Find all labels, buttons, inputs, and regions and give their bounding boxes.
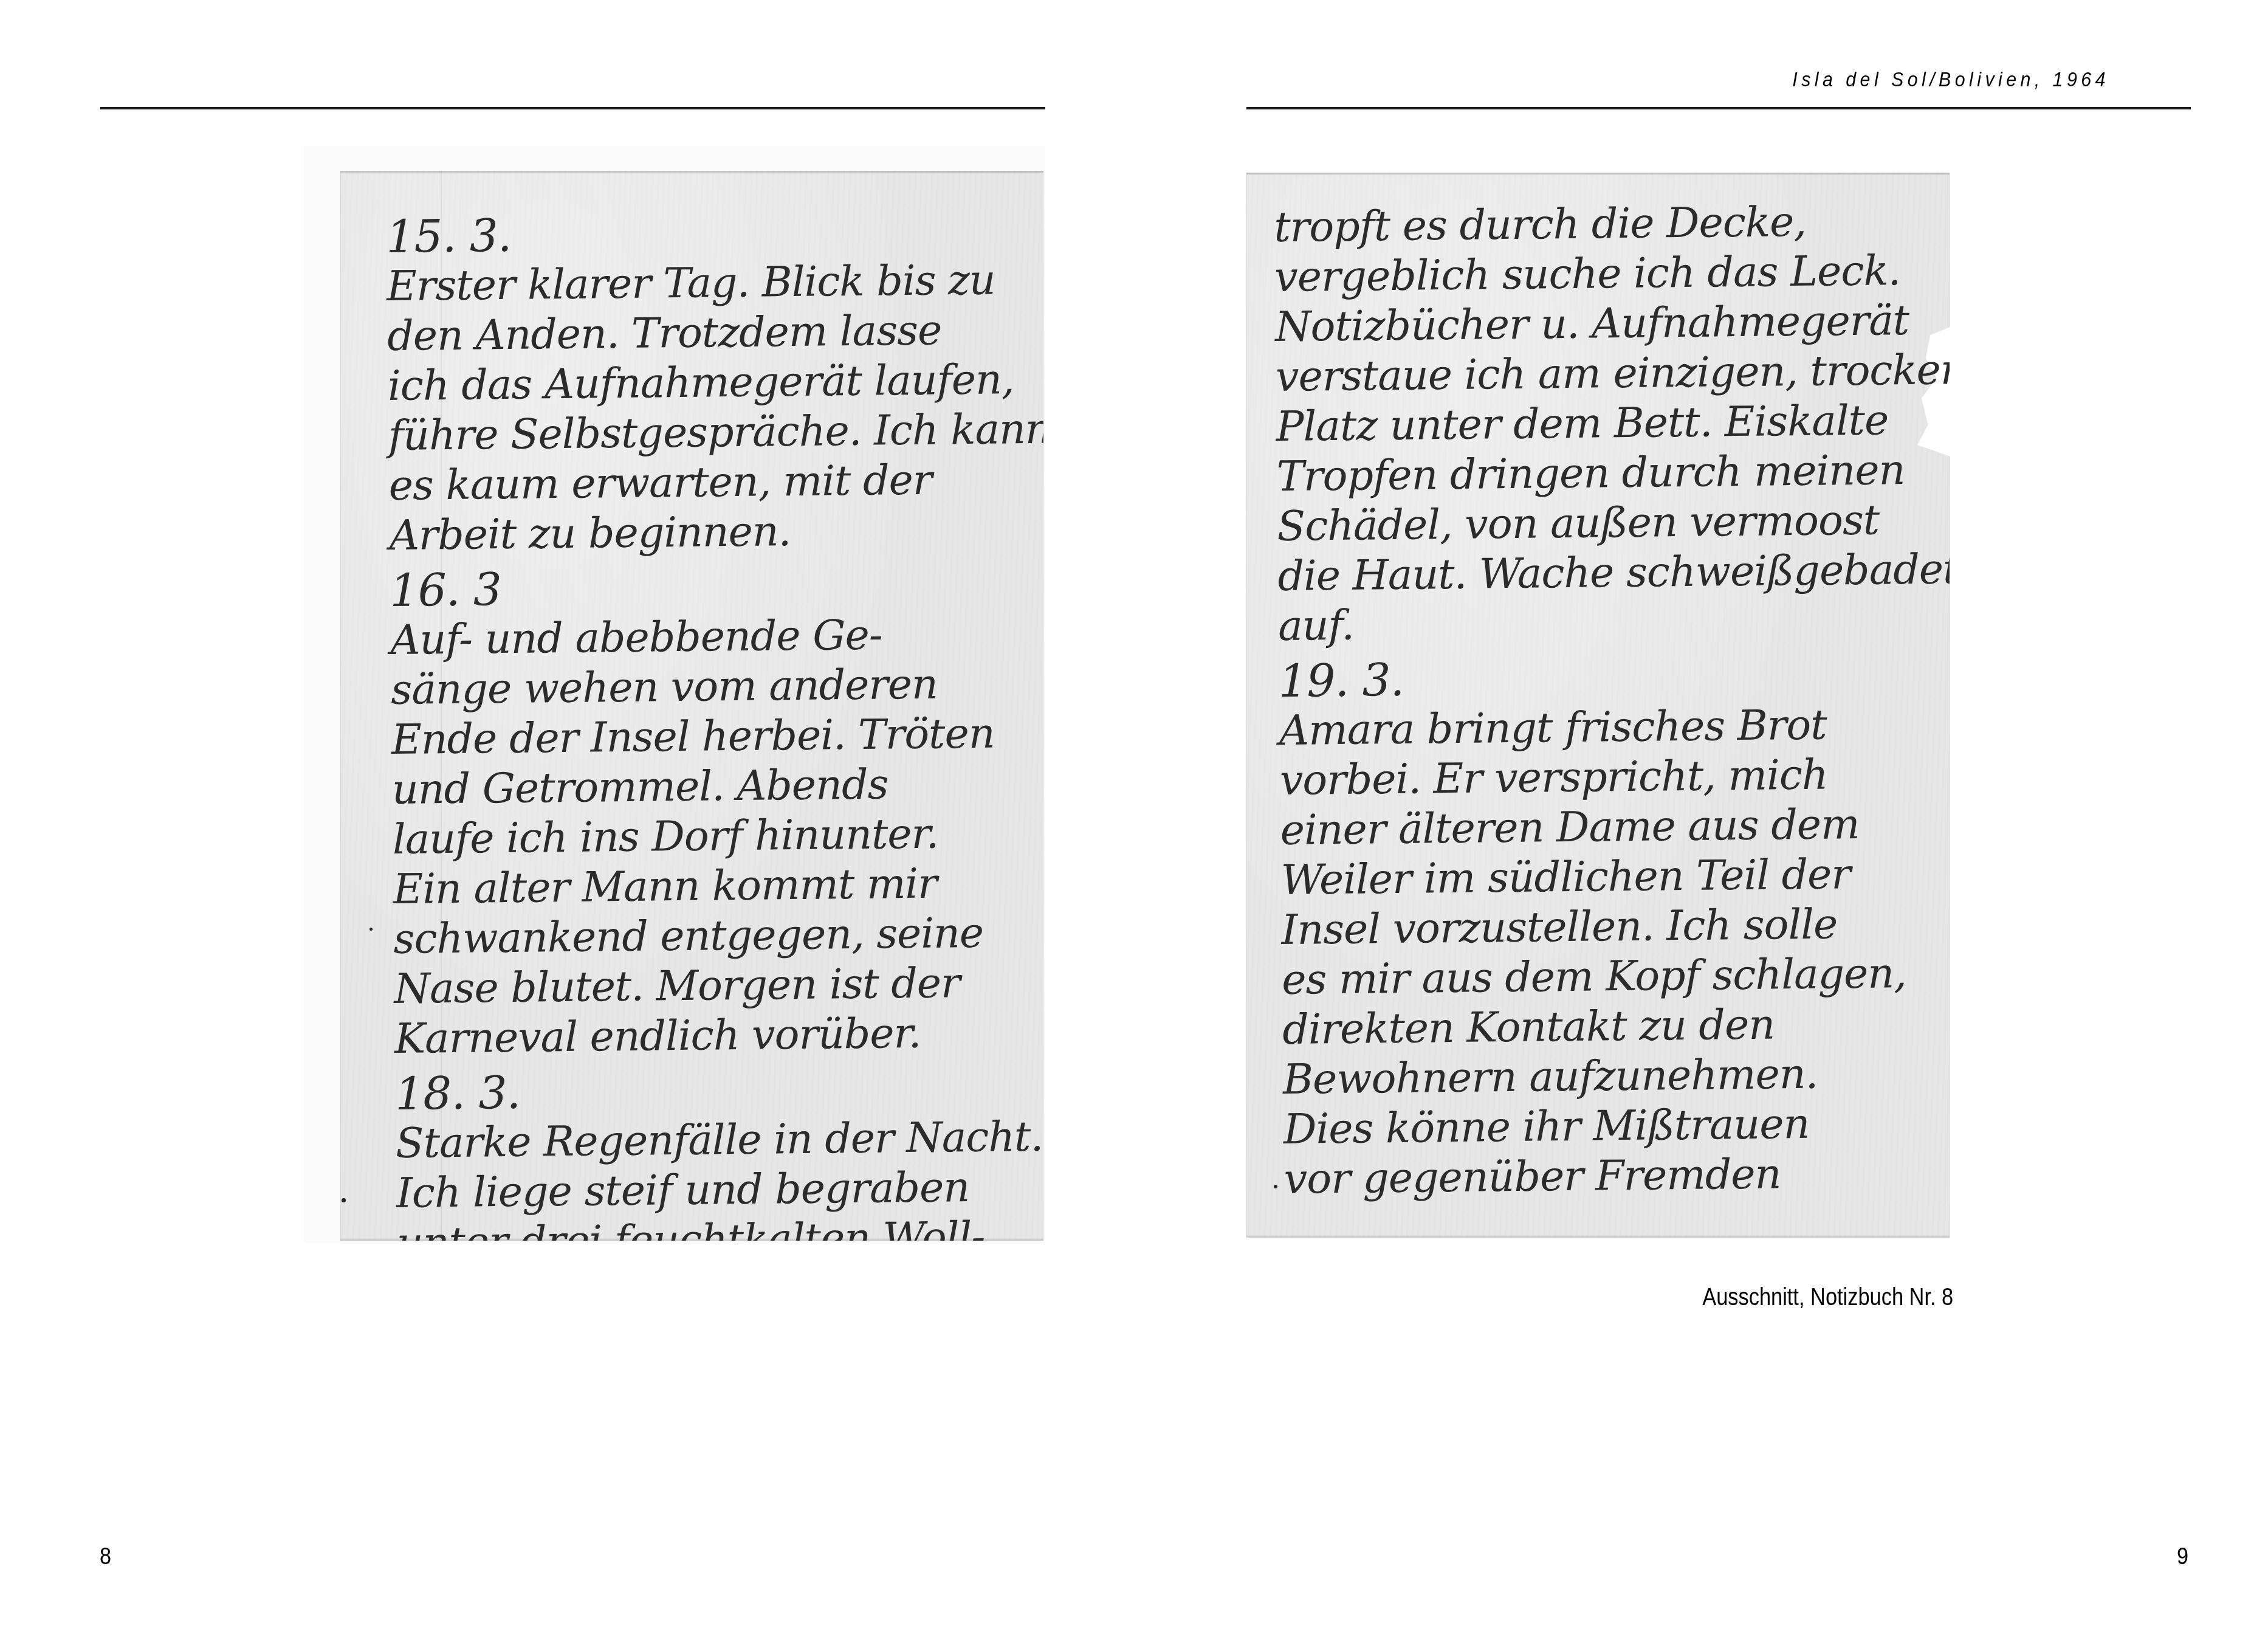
- handwritten-line: Arbeit zu beginnen.: [389, 505, 1023, 561]
- handwritten-line: es mir aus dem Kopf schlagen,: [1282, 949, 1934, 1005]
- handwritten-line: Dies könne ihr Mißtrauen: [1283, 1098, 1936, 1155]
- handwritten-line: Notizbücher u. Aufnahmegerät: [1275, 296, 1927, 353]
- entry-date: 15. 3.: [386, 205, 1020, 262]
- figure-caption: Ausschnitt, Notizbuch Nr. 8: [1702, 1284, 1953, 1311]
- page-number-right: 9: [2177, 1544, 2188, 1570]
- handwritten-line: Bewohnern aufzunehmen.: [1283, 1049, 1935, 1105]
- handwritten-line: vergeblich suche ich das Leck.: [1274, 246, 1926, 303]
- right-page: Isla del Sol/Bolivien, 1964 tropft es du…: [1134, 0, 2268, 1651]
- handwritten-line: vor gegenüber Fremden: [1283, 1148, 1936, 1205]
- entry-date: 16. 3: [390, 559, 1023, 616]
- handwritten-line: die Haut. Wache schweißgebadet: [1277, 545, 1930, 602]
- notebook-scan-right: tropft es durch die Decke, vergeblich su…: [1246, 173, 1950, 1238]
- header-rule-left: [100, 107, 1045, 109]
- handwritten-line: führe Selbstgespräche. Ich kann: [388, 405, 1022, 461]
- handwritten-line: sänge wehen vom anderen: [391, 659, 1025, 715]
- handwritten-line: den Anden. Trotzdem lasse: [387, 305, 1021, 362]
- handwritten-line: Auf- und abebbende Ge-: [390, 609, 1024, 666]
- handwritten-line: Ich liege steif und begraben: [396, 1162, 1030, 1219]
- handwritten-text-left: 15. 3. Erster klarer Tag. Blick bis zu d…: [386, 201, 1031, 1241]
- handwritten-text-right: tropft es durch die Decke, vergeblich su…: [1274, 196, 1936, 1205]
- ink-speck: [1274, 1185, 1277, 1188]
- handwritten-line: Ein alter Mann kommt mir: [393, 858, 1026, 915]
- handwritten-line: Erster klarer Tag. Blick bis zu: [387, 255, 1020, 312]
- book-spread: 15. 3. Erster klarer Tag. Blick bis zu d…: [0, 0, 2268, 1651]
- handwritten-line: einer älteren Dame aus dem: [1280, 799, 1932, 856]
- handwritten-line: Weiler im südlichen Teil der: [1280, 849, 1933, 906]
- ink-speck: [369, 928, 373, 931]
- handwritten-line: schwankend entgegen, seine: [393, 908, 1027, 965]
- handwritten-line: Tropfen dringen durch meinen: [1276, 446, 1928, 502]
- handwritten-line: es kaum erwarten, mit der: [388, 455, 1022, 511]
- handwritten-line: Karneval endlich vorüber.: [394, 1008, 1028, 1064]
- handwritten-line: Starke Regenfälle in der Nacht.: [396, 1112, 1029, 1169]
- handwritten-line: Insel vorzustellen. Ich solle: [1281, 899, 1933, 956]
- handwritten-line: auf.: [1278, 595, 1930, 652]
- handwritten-line: verstaue ich am einzigen, trockenen: [1276, 346, 1928, 402]
- left-page: 15. 3. Erster klarer Tag. Blick bis zu d…: [0, 0, 1134, 1651]
- handwritten-line: Platz unter dem Bett. Eiskalte: [1276, 396, 1928, 452]
- handwritten-line: und Getrommel. Abends: [392, 759, 1026, 815]
- handwritten-line: Nase blutet. Morgen ist der: [394, 958, 1028, 1015]
- handwritten-line: laufe ich ins Dorf hinunter.: [392, 808, 1026, 865]
- page-number-left: 8: [100, 1544, 111, 1570]
- entry-date: 19. 3.: [1279, 650, 1931, 706]
- handwritten-line: ich das Aufnahmegerät laufen,: [388, 355, 1022, 412]
- handwritten-line: vorbei. Er verspricht, mich: [1280, 750, 1932, 806]
- running-head: Isla del Sol/Bolivien, 1964: [1792, 68, 2109, 91]
- notebook-scan-left: 15. 3. Erster klarer Tag. Blick bis zu d…: [340, 171, 1043, 1241]
- ink-speck: [342, 1198, 346, 1202]
- handwritten-line: Schädel, von außen vermoost: [1277, 495, 1929, 552]
- handwritten-line: direkten Kontakt zu den: [1282, 999, 1934, 1055]
- entry-date: 18. 3.: [395, 1063, 1029, 1119]
- header-rule-right: [1246, 107, 2191, 109]
- handwritten-line: Amara bringt frisches Brot: [1279, 700, 1931, 756]
- handwritten-line: tropft es durch die Decke,: [1274, 196, 1926, 253]
- handwritten-line: Ende der Insel herbei. Tröten: [391, 709, 1025, 765]
